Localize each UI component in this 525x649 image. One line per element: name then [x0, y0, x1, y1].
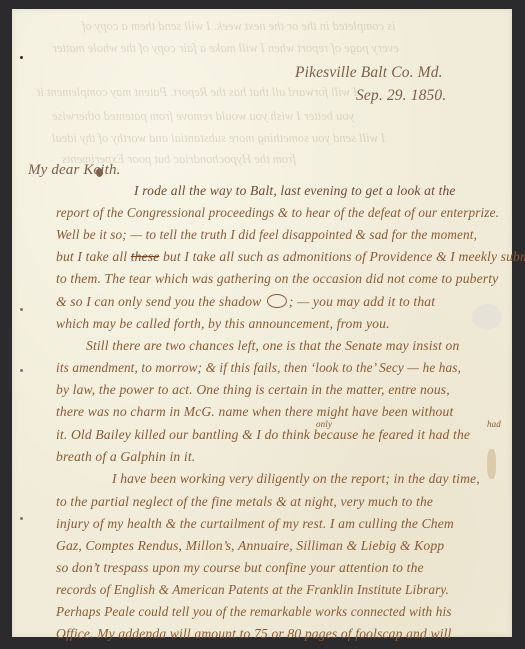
letter-page: is completed in the or the next week. I …	[12, 9, 512, 637]
letter-line: there was no charm in McG. name when the…	[56, 404, 453, 420]
letter-line: I rode all the way to Balt, last evening…	[134, 183, 456, 199]
bleed-line: I will send you something more substanti…	[52, 131, 385, 146]
water-stain	[487, 449, 496, 479]
interlinear-insert: had	[487, 419, 501, 429]
letter-place: Pikesville Balt Co. Md.	[295, 64, 443, 82]
letter-line: & so I can only send you the shadow ; — …	[56, 294, 435, 310]
letter-line: to the partial neglect of the fine metal…	[56, 494, 433, 510]
line-text: & so I can only send you the shadow	[56, 294, 261, 309]
letter-line: to them. The tear which was gathering on…	[56, 271, 498, 287]
letter-line: it. Old Bailey killed our bantling & I d…	[56, 427, 470, 443]
pinhole-mark	[20, 308, 23, 311]
bleed-line: every page of report when I will make a …	[52, 41, 399, 56]
strikeout-word: these	[131, 249, 160, 264]
letter-line: Gaz, Comptes Rendus, Millon’s, Annuaire,…	[56, 538, 444, 554]
letter-line: Well be it so; — to tell the truth I did…	[56, 227, 477, 243]
letter-line: report of the Congressional proceedings …	[56, 205, 499, 221]
letter-date: Sep. 29. 1850.	[356, 87, 446, 105]
line-text: but I take all	[56, 249, 131, 264]
pinhole-mark	[20, 517, 23, 520]
pale-stain	[472, 304, 502, 330]
letter-line: so don’t trespass upon my course but con…	[56, 560, 424, 576]
pinhole-mark	[20, 369, 23, 372]
letter-line: Still there are two chances left, one is…	[86, 338, 459, 354]
letter-line: I have been working very diligently on t…	[112, 471, 480, 487]
bleed-line: you better I wish you would remove from …	[52, 109, 354, 124]
interlinear-insert: only	[316, 419, 332, 429]
letter-line: its amendment, to morrow; & if this fail…	[56, 360, 461, 376]
salutation: My dear Keith.	[28, 162, 121, 179]
letter-line: Office. My addenda will amount to 75 or …	[56, 626, 451, 642]
letter-line: which may be called forth, by this annou…	[56, 316, 390, 332]
bleed-line: is completed in the or the next week. I …	[82, 19, 395, 34]
line-text: ; — you may add it to that	[289, 294, 435, 309]
letter-line: but I take all these but I take all such…	[56, 249, 525, 265]
line-text: it. Old Bailey killed our bantling & I d…	[56, 427, 310, 442]
letter-line: injury of my health & the curtailment of…	[56, 516, 454, 532]
pinhole-mark	[20, 56, 23, 59]
line-text: but I take all such as admonitions of Pr…	[163, 249, 525, 264]
line-text: because he feared it had the	[314, 427, 471, 442]
letter-line: by law, the power to act. One thing is c…	[56, 382, 450, 398]
tear-drawing-icon	[267, 294, 287, 308]
bleed-line: I will forward all that has the Report. …	[37, 85, 357, 100]
letter-line: breath of a Galphin in it.	[56, 449, 195, 465]
letter-line: records of English & American Patents at…	[56, 582, 449, 598]
letter-line: Perhaps Peale could tell you of the rema…	[56, 604, 452, 620]
